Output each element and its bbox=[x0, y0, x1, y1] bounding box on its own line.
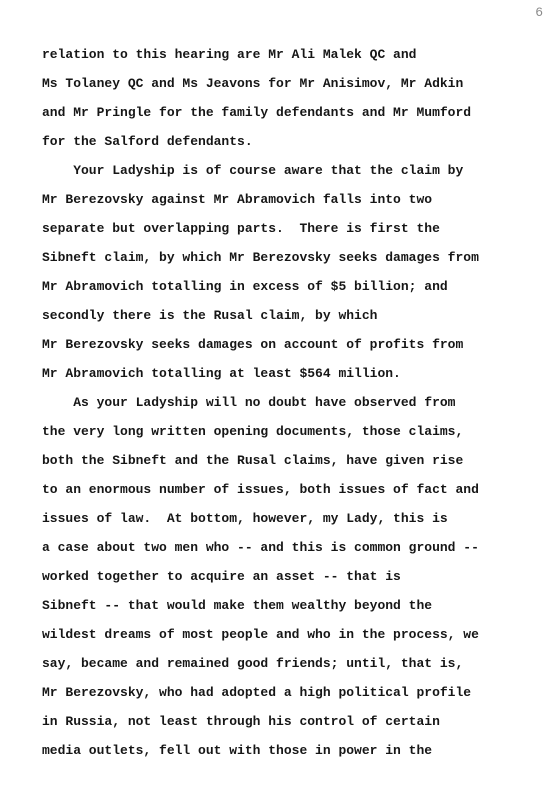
text-line: media outlets, fell out with those in po… bbox=[42, 736, 542, 765]
text-line: Mr Berezovsky against Mr Abramovich fall… bbox=[42, 185, 542, 214]
transcript-text: relation to this hearing are Mr Ali Male… bbox=[42, 40, 542, 765]
text-line: Mr Berezovsky, who had adopted a high po… bbox=[42, 678, 542, 707]
transcript-page: 6 relation to this hearing are Mr Ali Ma… bbox=[0, 0, 558, 789]
text-line: the very long written opening documents,… bbox=[42, 417, 542, 446]
text-line: for the Salford defendants. bbox=[42, 127, 542, 156]
text-line: both the Sibneft and the Rusal claims, h… bbox=[42, 446, 542, 475]
text-line: Mr Abramovich totalling at least $564 mi… bbox=[42, 359, 542, 388]
text-line: in Russia, not least through his control… bbox=[42, 707, 542, 736]
text-line: and Mr Pringle for the family defendants… bbox=[42, 98, 542, 127]
text-line: Sibneft -- that would make them wealthy … bbox=[42, 591, 542, 620]
text-line: Your Ladyship is of course aware that th… bbox=[42, 156, 542, 185]
text-line: Ms Tolaney QC and Ms Jeavons for Mr Anis… bbox=[42, 69, 542, 98]
text-line: issues of law. At bottom, however, my La… bbox=[42, 504, 542, 533]
text-line: As your Ladyship will no doubt have obse… bbox=[42, 388, 542, 417]
text-line: a case about two men who -- and this is … bbox=[42, 533, 542, 562]
text-line: Sibneft claim, by which Mr Berezovsky se… bbox=[42, 243, 542, 272]
page-number: 6 bbox=[535, 6, 543, 20]
text-line: secondly there is the Rusal claim, by wh… bbox=[42, 301, 542, 330]
text-line: worked together to acquire an asset -- t… bbox=[42, 562, 542, 591]
text-line: separate but overlapping parts. There is… bbox=[42, 214, 542, 243]
text-line: relation to this hearing are Mr Ali Male… bbox=[42, 40, 542, 69]
text-line: wildest dreams of most people and who in… bbox=[42, 620, 542, 649]
text-line: Mr Berezovsky seeks damages on account o… bbox=[42, 330, 542, 359]
text-line: to an enormous number of issues, both is… bbox=[42, 475, 542, 504]
text-line: say, became and remained good friends; u… bbox=[42, 649, 542, 678]
text-line: Mr Abramovich totalling in excess of $5 … bbox=[42, 272, 542, 301]
